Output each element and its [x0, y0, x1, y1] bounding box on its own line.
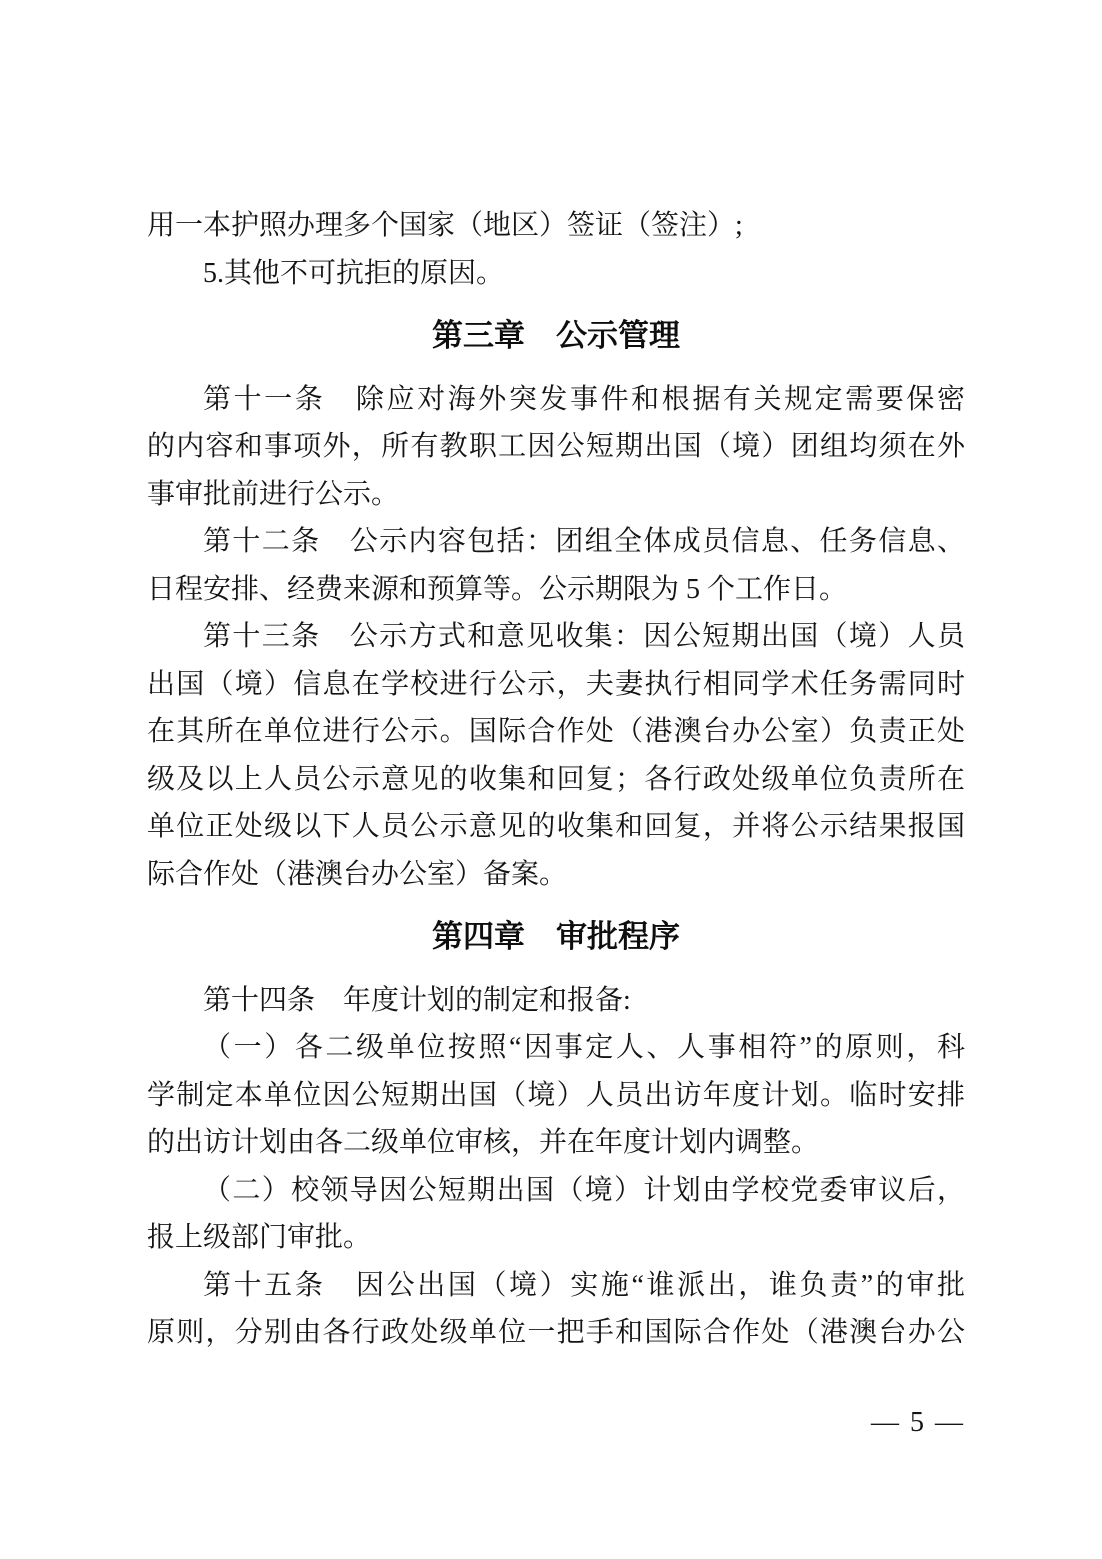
text-line: 第十三条 公示方式和意见收集：因公短期出国（境）人员 [147, 613, 965, 661]
text-line: 第十二条 公示内容包括：团组全体成员信息、任务信息、 [147, 518, 965, 566]
text-line: 学制定本单位因公短期出国（境）人员出访年度计划。临时安排 [147, 1072, 965, 1120]
document-page: 用一本护照办理多个国家（地区）签证（签注）;5.其他不可抗拒的原因。第三章 公示… [0, 0, 1102, 1559]
text-line: 原则，分别由各行政处级单位一把手和国际合作处（港澳台办公 [147, 1309, 965, 1357]
page-number: — 5 — [871, 1399, 965, 1447]
text-line: 级及以上人员公示意见的收集和回复；各行政处级单位负责所在 [147, 756, 965, 804]
text-line: 用一本护照办理多个国家（地区）签证（签注）; [147, 202, 965, 250]
text-line: 在其所在单位进行公示。国际合作处（港澳台办公室）负责正处 [147, 708, 965, 756]
text-line: 事审批前进行公示。 [147, 471, 965, 519]
text-line: 第十一条 除应对海外突发事件和根据有关规定需要保密 [147, 376, 965, 424]
document-body: 用一本护照办理多个国家（地区）签证（签注）;5.其他不可抗拒的原因。第三章 公示… [147, 202, 965, 1357]
text-line: 际合作处（港澳台办公室）备案。 [147, 851, 965, 899]
text-line: （一）各二级单位按照“因事定人、人事相符”的原则，科 [147, 1024, 965, 1072]
text-line: （二）校领导因公短期出国（境）计划由学校党委审议后， [147, 1167, 965, 1215]
text-line: 的内容和事项外，所有教职工因公短期出国（境）团组均须在外 [147, 423, 965, 471]
text-line: 日程安排、经费来源和预算等。公示期限为 5 个工作日。 [147, 566, 965, 614]
text-line: 第十四条 年度计划的制定和报备: [147, 977, 965, 1025]
text-line: 报上级部门审批。 [147, 1214, 965, 1262]
chapter-heading: 第四章 审批程序 [147, 913, 965, 961]
text-line: 单位正处级以下人员公示意见的收集和回复，并将公示结果报国 [147, 803, 965, 851]
text-line: 出国（境）信息在学校进行公示，夫妻执行相同学术任务需同时 [147, 661, 965, 709]
text-line: 的出访计划由各二级单位审核，并在年度计划内调整。 [147, 1119, 965, 1167]
text-line: 第十五条 因公出国（境）实施“谁派出，谁负责”的审批 [147, 1262, 965, 1310]
text-line: 5.其他不可抗拒的原因。 [147, 250, 965, 298]
chapter-heading: 第三章 公示管理 [147, 312, 965, 360]
